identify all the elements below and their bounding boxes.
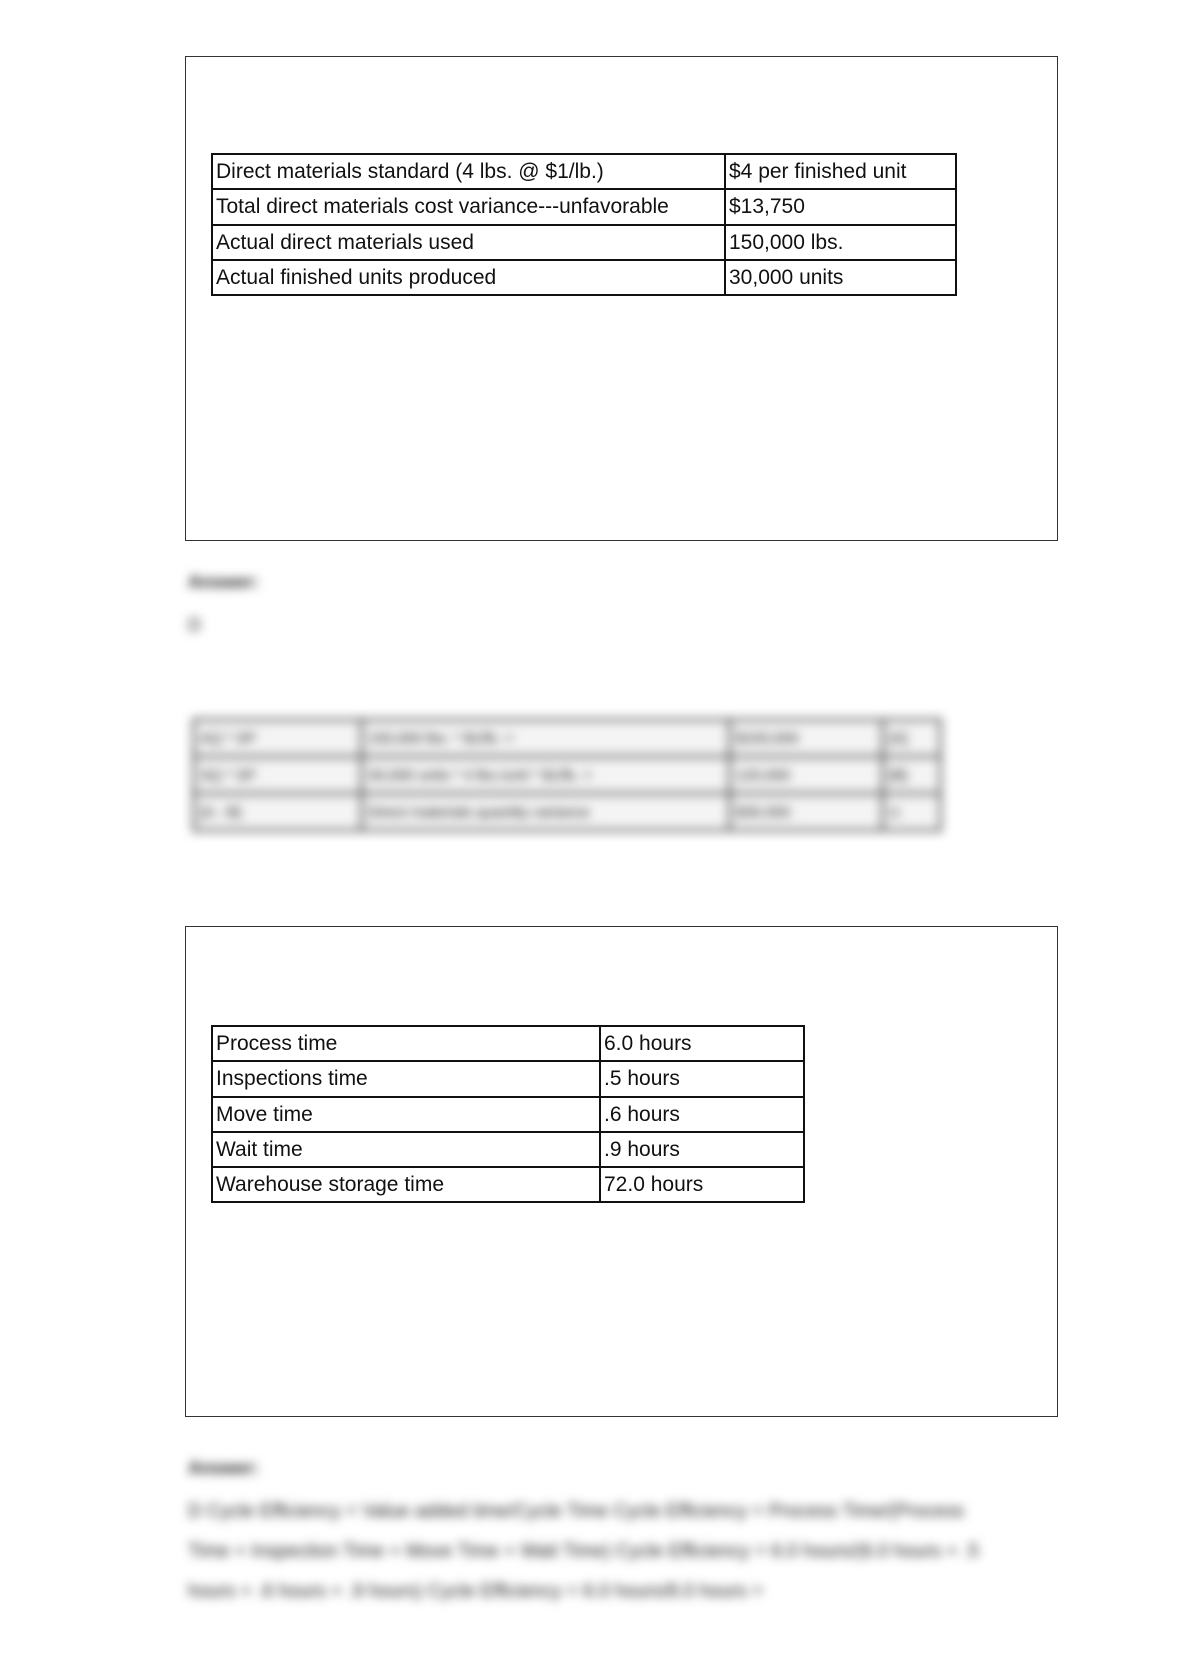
- answer-1-table: AQ * SP150,000 lbs. * $1/lb. =$150,000[A…: [192, 718, 942, 832]
- table-row: Process time6.0 hours: [212, 1026, 804, 1061]
- table-cell: U: [883, 794, 941, 831]
- table-cell: AQ * SP: [194, 720, 362, 757]
- row-value: $13,750: [725, 189, 956, 224]
- question-2-box: Process time6.0 hoursInspections time.5 …: [185, 926, 1058, 1417]
- row-label: Process time: [212, 1026, 600, 1061]
- materials-data-table: Direct materials standard (4 lbs. @ $1/l…: [211, 153, 957, 296]
- table-row: [A - B]Direct materials quantity varianc…: [194, 794, 941, 831]
- table-row: Total direct materials cost variance---u…: [212, 189, 956, 224]
- table-row: Actual direct materials used150,000 lbs.: [212, 225, 956, 260]
- row-label: Direct materials standard (4 lbs. @ $1/l…: [212, 154, 725, 189]
- table-cell: Direct materials quantity variance: [362, 794, 730, 831]
- answer-2-text: D Cycle Efficiency = Value added time/Cy…: [188, 1492, 1008, 1612]
- table-cell: SQ * SP: [194, 757, 362, 794]
- row-value: 6.0 hours: [600, 1026, 804, 1061]
- row-value: .5 hours: [600, 1061, 804, 1096]
- row-value: .6 hours: [600, 1097, 804, 1132]
- table-row: Inspections time.5 hours: [212, 1061, 804, 1096]
- table-cell: [A - B]: [194, 794, 362, 831]
- table-cell: 120,000: [730, 757, 883, 794]
- table-row: Move time.6 hours: [212, 1097, 804, 1132]
- row-label: Total direct materials cost variance---u…: [212, 189, 725, 224]
- table-row: SQ * SP30,000 units * 4 lbs./unit * $1/l…: [194, 757, 941, 794]
- row-value: 72.0 hours: [600, 1167, 804, 1202]
- row-value: 30,000 units: [725, 260, 956, 295]
- row-value: $4 per finished unit: [725, 154, 956, 189]
- question-1-box: Direct materials standard (4 lbs. @ $1/l…: [185, 56, 1058, 541]
- table-cell: [A]: [883, 720, 941, 757]
- answer-2-label: Answer:: [188, 1458, 259, 1479]
- table-row: Actual finished units produced30,000 uni…: [212, 260, 956, 295]
- table-row: AQ * SP150,000 lbs. * $1/lb. =$150,000[A…: [194, 720, 941, 757]
- row-label: Warehouse storage time: [212, 1167, 600, 1202]
- row-label: Actual direct materials used: [212, 225, 725, 260]
- answer-1-label: Answer:: [188, 572, 259, 593]
- table-cell: $30,000: [730, 794, 883, 831]
- row-label: Actual finished units produced: [212, 260, 725, 295]
- row-label: Move time: [212, 1097, 600, 1132]
- row-value: .9 hours: [600, 1132, 804, 1167]
- row-value: 150,000 lbs.: [725, 225, 956, 260]
- row-label: Wait time: [212, 1132, 600, 1167]
- table-cell: [B]: [883, 757, 941, 794]
- cycle-time-table: Process time6.0 hoursInspections time.5 …: [211, 1025, 805, 1203]
- row-label: Inspections time: [212, 1061, 600, 1096]
- table-cell: 150,000 lbs. * $1/lb. =: [362, 720, 730, 757]
- table-row: Direct materials standard (4 lbs. @ $1/l…: [212, 154, 956, 189]
- table-row: Wait time.9 hours: [212, 1132, 804, 1167]
- table-row: Warehouse storage time72.0 hours: [212, 1167, 804, 1202]
- answer-1-choice: D: [188, 615, 201, 636]
- table-cell: 30,000 units * 4 lbs./unit * $1/lb. =: [362, 757, 730, 794]
- table-cell: $150,000: [730, 720, 883, 757]
